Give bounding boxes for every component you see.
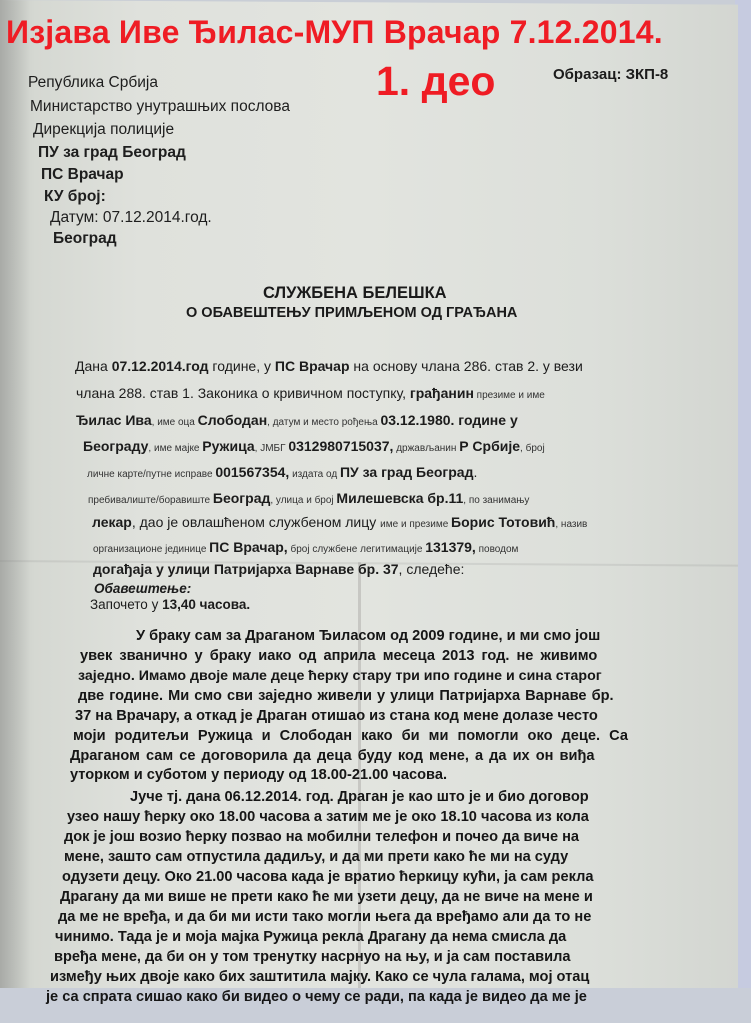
intro-line: догађаја у улици Патријарха Варнаве бр. … [93, 561, 464, 577]
statement-line: 37 на Врачару, а откад је Драган отишао … [75, 708, 598, 724]
header-line: Република Србија [28, 74, 158, 92]
statement-line: узео нашу ћерку око 18.00 часова а затим… [67, 809, 589, 825]
statement-line: мене, зашто сам отпустила дадиљу, и да м… [64, 849, 568, 865]
statement-line: док је још возио ћерку позвао на мобилни… [64, 829, 579, 845]
statement-line: моји родитељи Ружица и Слободан како би … [73, 728, 628, 744]
statement-line: заједно. Имамо двоје мале деце ћерку ста… [78, 668, 602, 684]
notice-label: Обавештење: [94, 581, 191, 596]
header-city: Београд [53, 230, 117, 248]
intro-line: лекар, дао је овлашћеном службеном лицу … [92, 514, 587, 530]
statement-line: увек званично у браку иако од априла мес… [80, 648, 597, 664]
document-subtitle: О ОБАВЕШТЕЊУ ПРИМЉЕНОМ ОД ГРАЂАНА [186, 305, 517, 321]
statement-line: Јуче тј. дана 06.12.2014. год. Драган је… [130, 789, 589, 805]
statement-line: између њих двоје како бих заштитила мајк… [50, 969, 589, 985]
document-title: СЛУЖБЕНА БЕЛЕШКА [263, 284, 447, 303]
header-date: Датум: 07.12.2014.год. [50, 209, 212, 227]
intro-line: члана 288. став 1. Законика о кривичном … [76, 385, 545, 401]
intro-line: Ђилас Ива, име оца Слободан, датум и мес… [76, 412, 518, 428]
statement-line: вређа мене, да би он у том тренутку наср… [54, 949, 571, 965]
statement-line: уторком и суботом у периоду од 18.00-21.… [70, 767, 447, 783]
notice-start-time: Започето у 13,40 часова. [90, 597, 250, 612]
header-line: ПС Врачар [41, 166, 124, 184]
statement-line: одузети децу. Око 21.00 часова када је в… [62, 869, 593, 885]
header-line: Министарство унутрашњих послова [30, 98, 290, 116]
overlay-title: Изјава Иве Ђилас-МУП Врачар 7.12.2014. [6, 14, 751, 51]
form-code: Образац: ЗКП-8 [553, 66, 668, 83]
intro-line: организационе јединице ПС Врачар, број с… [93, 539, 518, 555]
header-line: Дирекција полиције [33, 121, 174, 139]
intro-line: Дана 07.12.2014.год године, у ПС Врачар … [75, 358, 583, 374]
statement-line: је са спрата сишао како би видео о чему … [46, 989, 587, 1005]
statement-line: да ме не вређа, и да би ми исти тако мог… [58, 909, 591, 925]
intro-line: личне карте/путне исправе 001567354, изд… [87, 464, 477, 480]
statement-line: чинимо. Тада је и моја мајка Ружица рекл… [55, 929, 566, 945]
statement-line: Драгану да ми више не прети како ће ми у… [60, 889, 593, 905]
statement-line: Драганом сам се договорила да деца буду … [70, 748, 595, 764]
header-line: КУ број: [44, 188, 106, 206]
intro-line: Београду, име мајке Ружица, ЈМБГ 0312980… [83, 438, 545, 454]
overlay-part-label: 1. део [376, 58, 495, 105]
header-line: ПУ за град Београд [38, 144, 186, 162]
intro-line: пребивалиште/боравиште Београд, улица и … [88, 490, 529, 506]
statement-line: две године. Ми смо сви заједно живели у … [78, 688, 614, 704]
statement-line: У браку сам за Драганом Ђиласом од 2009 … [136, 628, 600, 644]
